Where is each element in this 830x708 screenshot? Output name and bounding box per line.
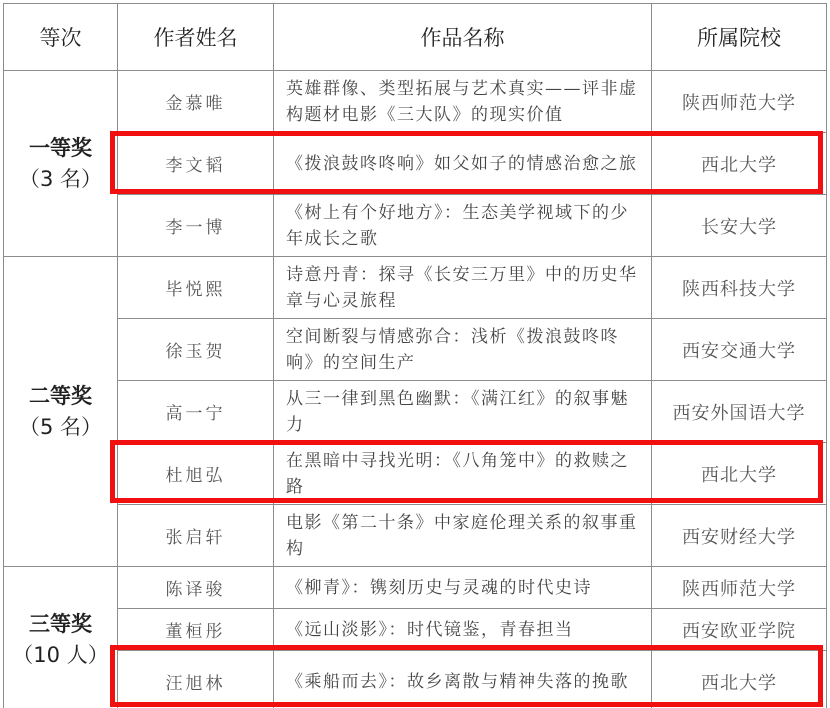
school-cell: 西北大学 <box>652 443 827 505</box>
table-row: 李一博 《树上有个好地方》：生态美学视域下的少年成长之歌 长安大学 <box>4 195 827 257</box>
title-cell: 电影《第二十条》中家庭伦理关系的叙事重构 <box>274 505 652 567</box>
school-cell: 西北大学 <box>652 651 827 708</box>
table-row: 一等奖 （3 名） 金慕唯 英雄群像、类型拓展与艺术真实——评非虚构题材电影《三… <box>4 71 827 133</box>
table-row: 二等奖 （5 名） 毕悦熙 诗意丹青：探寻《长安三万里》中的历史华章与心灵旅程 … <box>4 257 827 319</box>
level-name: 二等奖 <box>4 381 117 412</box>
header-title: 作品名称 <box>274 4 652 71</box>
header-row: 等次 作者姓名 作品名称 所属院校 <box>4 4 827 71</box>
table-row: 董桓彤 《远山淡影》：时代镜鉴，青春担当 西安欧亚学院 <box>4 609 827 651</box>
school-cell: 陕西科技大学 <box>652 257 827 319</box>
header-level: 等次 <box>4 4 118 71</box>
table-row: 张启轩 电影《第二十条》中家庭伦理关系的叙事重构 西安财经大学 <box>4 505 827 567</box>
table-row: 高一宁 从三一律到黑色幽默：《满江红》的叙事魅力 西安外国语大学 <box>4 381 827 443</box>
author-cell: 李文韬 <box>118 133 274 195</box>
author-cell: 陈译骏 <box>118 567 274 609</box>
level-name: 三等奖 <box>4 609 117 640</box>
level-count: （10 人） <box>4 640 117 671</box>
title-cell: 《拨浪鼓咚咚响》如父如子的情感治愈之旅 <box>274 133 652 195</box>
author-cell: 汪旭林 <box>118 651 274 708</box>
author-cell: 金慕唯 <box>118 71 274 133</box>
level-name: 一等奖 <box>4 133 117 164</box>
header-author: 作者姓名 <box>118 4 274 71</box>
school-cell: 西北大学 <box>652 133 827 195</box>
level-count: （3 名） <box>4 164 117 195</box>
title-cell: 诗意丹青：探寻《长安三万里》中的历史华章与心灵旅程 <box>274 257 652 319</box>
author-cell: 张启轩 <box>118 505 274 567</box>
table-row: 李文韬 《拨浪鼓咚咚响》如父如子的情感治愈之旅 西北大学 <box>4 133 827 195</box>
school-cell: 西安交通大学 <box>652 319 827 381</box>
title-cell: 在黑暗中寻找光明：《八角笼中》的救赎之路 <box>274 443 652 505</box>
author-cell: 高一宁 <box>118 381 274 443</box>
author-cell: 徐玉贺 <box>118 319 274 381</box>
table-row: 汪旭林 《乘船而去》：故乡离散与精神失落的挽歌 西北大学 <box>4 651 827 708</box>
level-count: （5 名） <box>4 412 117 443</box>
table-row: 杜旭弘 在黑暗中寻找光明：《八角笼中》的救赎之路 西北大学 <box>4 443 827 505</box>
school-cell: 西安财经大学 <box>652 505 827 567</box>
title-cell: 英雄群像、类型拓展与艺术真实——评非虚构题材电影《三大队》的现实价值 <box>274 71 652 133</box>
table-row: 三等奖 （10 人） 陈译骏 《柳青》：镌刻历史与灵魂的时代史诗 陕西师范大学 <box>4 567 827 609</box>
level-second-prize: 二等奖 （5 名） <box>4 257 118 567</box>
school-cell: 陕西师范大学 <box>652 567 827 609</box>
author-cell: 李一博 <box>118 195 274 257</box>
author-cell: 董桓彤 <box>118 609 274 651</box>
school-cell: 陕西师范大学 <box>652 71 827 133</box>
title-cell: 《远山淡影》：时代镜鉴，青春担当 <box>274 609 652 651</box>
title-cell: 从三一律到黑色幽默：《满江红》的叙事魅力 <box>274 381 652 443</box>
school-cell: 长安大学 <box>652 195 827 257</box>
awards-table: 等次 作者姓名 作品名称 所属院校 一等奖 （3 名） 金慕唯 英雄群像、类型拓… <box>3 3 827 708</box>
level-third-prize: 三等奖 （10 人） <box>4 567 118 708</box>
school-cell: 西安外国语大学 <box>652 381 827 443</box>
title-cell: 《树上有个好地方》：生态美学视域下的少年成长之歌 <box>274 195 652 257</box>
title-cell: 《柳青》：镌刻历史与灵魂的时代史诗 <box>274 567 652 609</box>
author-cell: 毕悦熙 <box>118 257 274 319</box>
header-school: 所属院校 <box>652 4 827 71</box>
title-cell: 《乘船而去》：故乡离散与精神失落的挽歌 <box>274 651 652 708</box>
school-cell: 西安欧亚学院 <box>652 609 827 651</box>
title-cell: 空间断裂与情感弥合：浅析《拨浪鼓咚咚响》的空间生产 <box>274 319 652 381</box>
table-row: 徐玉贺 空间断裂与情感弥合：浅析《拨浪鼓咚咚响》的空间生产 西安交通大学 <box>4 319 827 381</box>
author-cell: 杜旭弘 <box>118 443 274 505</box>
level-first-prize: 一等奖 （3 名） <box>4 71 118 257</box>
